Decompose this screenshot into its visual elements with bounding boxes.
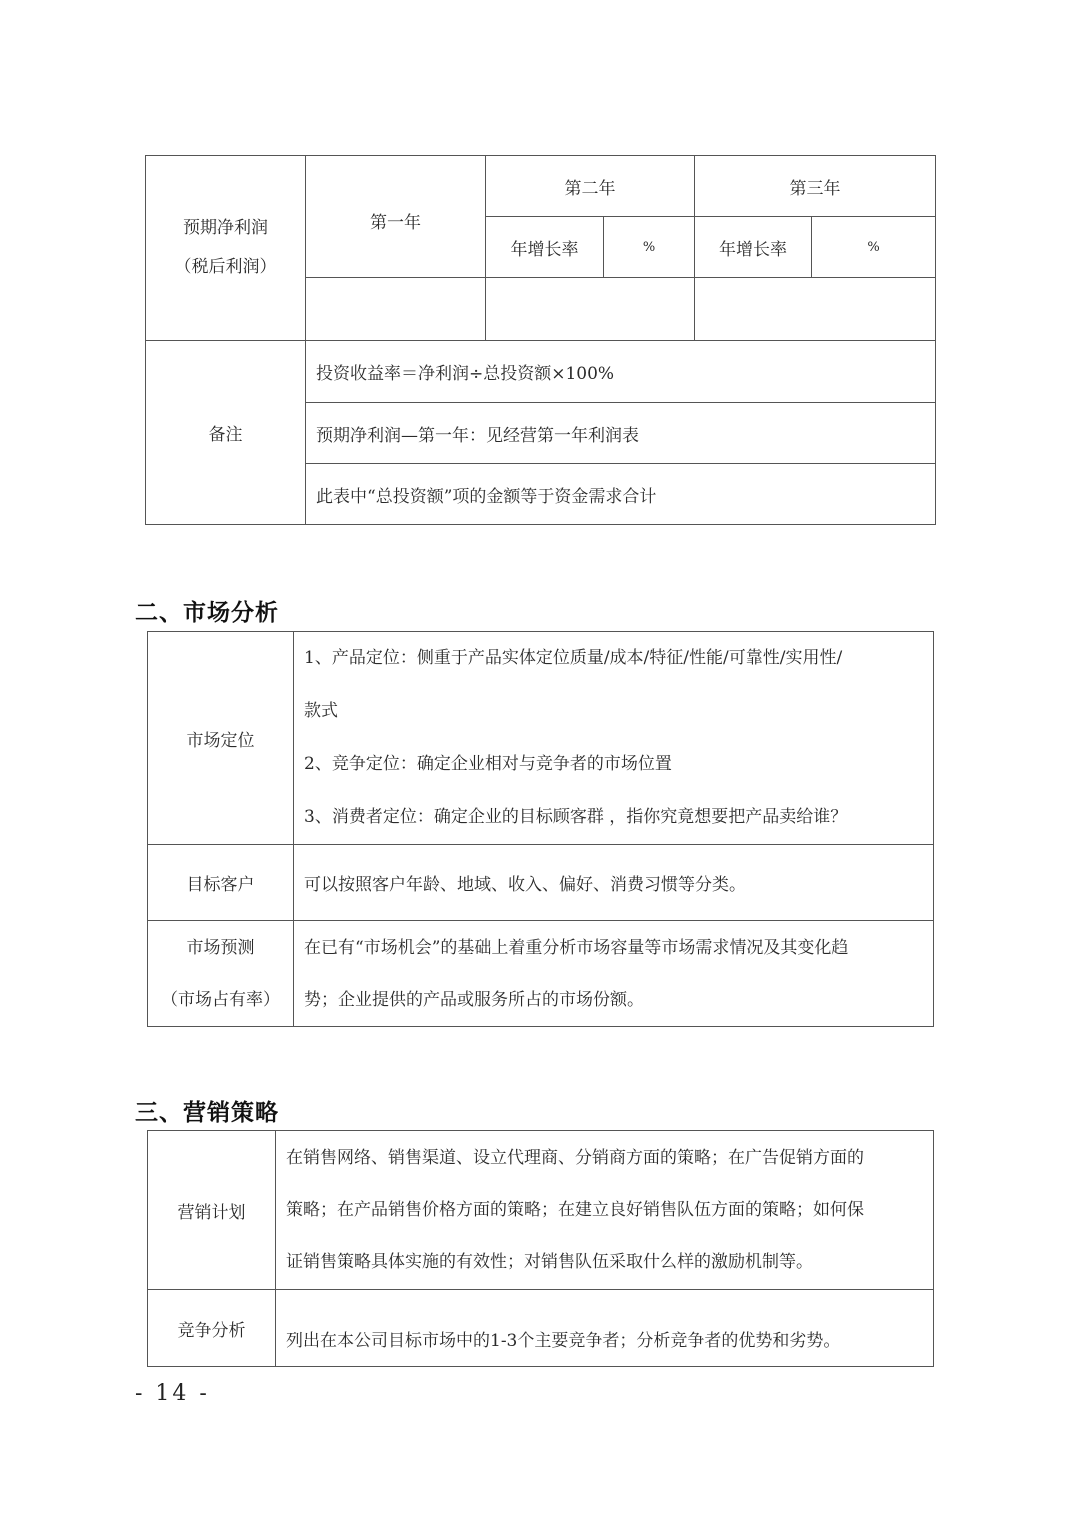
profit-label-line2: （税后利润） <box>146 248 305 287</box>
competition-analysis-row: 竞争分析 列出在本公司目标市场中的1-3个主要竞争者；分析竞争者的优势和劣势。 <box>148 1290 934 1367</box>
target-customer-content: 可以按照客户年龄、地域、收入、偏好、消费习惯等分类。 <box>294 845 934 921</box>
year2-growth-label: 年增长率 <box>486 217 604 278</box>
positioning-line: 款式 <box>304 685 933 738</box>
year2-header: 第二年 <box>486 156 695 217</box>
target-customer-row: 目标客户 可以按照客户年龄、地域、收入、偏好、消费习惯等分类。 <box>148 845 934 921</box>
year1-value-cell[interactable] <box>306 278 486 341</box>
market-forecast-label-line2: （市场占有率） <box>148 974 293 1026</box>
year3-growth-label: 年增长率 <box>695 217 812 278</box>
positioning-line: 1、产品定位：侧重于产品实体定位质量/成本/特征/性能/可靠性/实用性/ <box>304 632 933 685</box>
section-title-market-analysis: 二、市场分析 <box>135 594 279 627</box>
market-forecast-label: 市场预测 （市场占有率） <box>148 921 294 1027</box>
section-title-marketing-strategy: 三、营销策略 <box>135 1094 279 1127</box>
plan-line: 证销售策略具体实施的有效性；对销售队伍采取什么样的激励机制等。 <box>286 1236 933 1288</box>
plan-line: 策略；在产品销售价格方面的策略；在建立良好销售队伍方面的策略；如何保 <box>286 1184 933 1236</box>
competition-analysis-content: 列出在本公司目标市场中的1-3个主要竞争者；分析竞争者的优势和劣势。 <box>276 1290 934 1367</box>
percent-sign: % <box>643 240 655 255</box>
note-year1-profit: 预期净利润—第一年：见经营第一年利润表 <box>306 403 936 464</box>
profit-projection-table: 预期净利润 （税后利润） 第一年 第二年 第三年 年增长率 % 年增长率 % 备… <box>145 155 936 525</box>
competition-analysis-label: 竞争分析 <box>148 1290 276 1367</box>
market-forecast-row: 市场预测 （市场占有率） 在已有“市场机会”的基础上着重分析市场容量等市场需求情… <box>148 921 934 1027</box>
note-roi-formula: 投资收益率＝净利润÷总投资额×100% <box>306 341 936 403</box>
forecast-line: 在已有“市场机会”的基础上着重分析市场容量等市场需求情况及其变化趋 <box>304 922 933 974</box>
positioning-line: 2、竞争定位：确定企业相对与竞争者的市场位置 <box>304 738 933 791</box>
market-positioning-content: 1、产品定位：侧重于产品实体定位质量/成本/特征/性能/可靠性/实用性/ 款式 … <box>294 632 934 845</box>
percent-sign: % <box>867 240 879 255</box>
year1-header: 第一年 <box>306 156 486 278</box>
notes-label: 备注 <box>146 341 306 525</box>
marketing-plan-content: 在销售网络、销售渠道、设立代理商、分销商方面的策略；在广告促销方面的 策略；在产… <box>276 1131 934 1290</box>
marketing-plan-row: 营销计划 在销售网络、销售渠道、设立代理商、分销商方面的策略；在广告促销方面的 … <box>148 1131 934 1290</box>
marketing-strategy-table: 营销计划 在销售网络、销售渠道、设立代理商、分销商方面的策略；在广告促销方面的 … <box>147 1130 934 1367</box>
note-total-investment: 此表中“总投资额”项的金额等于资金需求合计 <box>306 464 936 525</box>
forecast-line: 势；企业提供的产品或服务所占的市场份额。 <box>304 974 933 1026</box>
page-number: - 14 - <box>135 1381 210 1406</box>
target-customer-label: 目标客户 <box>148 845 294 921</box>
market-forecast-content: 在已有“市场机会”的基础上着重分析市场容量等市场需求情况及其变化趋 势；企业提供… <box>294 921 934 1027</box>
profit-label-line1: 预期净利润 <box>146 209 305 248</box>
market-positioning-label: 市场定位 <box>148 632 294 845</box>
plan-line: 在销售网络、销售渠道、设立代理商、分销商方面的策略；在广告促销方面的 <box>286 1132 933 1184</box>
year3-header: 第三年 <box>695 156 936 217</box>
market-positioning-row: 市场定位 1、产品定位：侧重于产品实体定位质量/成本/特征/性能/可靠性/实用性… <box>148 632 934 845</box>
market-analysis-table: 市场定位 1、产品定位：侧重于产品实体定位质量/成本/特征/性能/可靠性/实用性… <box>147 631 934 1027</box>
year2-value-cell[interactable] <box>486 278 695 341</box>
year3-growth-percent[interactable]: % <box>812 217 936 278</box>
year2-growth-percent[interactable]: % <box>604 217 695 278</box>
year3-value-cell[interactable] <box>695 278 936 341</box>
profit-row-label: 预期净利润 （税后利润） <box>146 156 306 341</box>
marketing-plan-label: 营销计划 <box>148 1131 276 1290</box>
market-forecast-label-line1: 市场预测 <box>148 922 293 974</box>
positioning-line: 3、消费者定位：确定企业的目标顾客群 ，指你究竟想要把产品卖给谁？ <box>304 791 933 844</box>
